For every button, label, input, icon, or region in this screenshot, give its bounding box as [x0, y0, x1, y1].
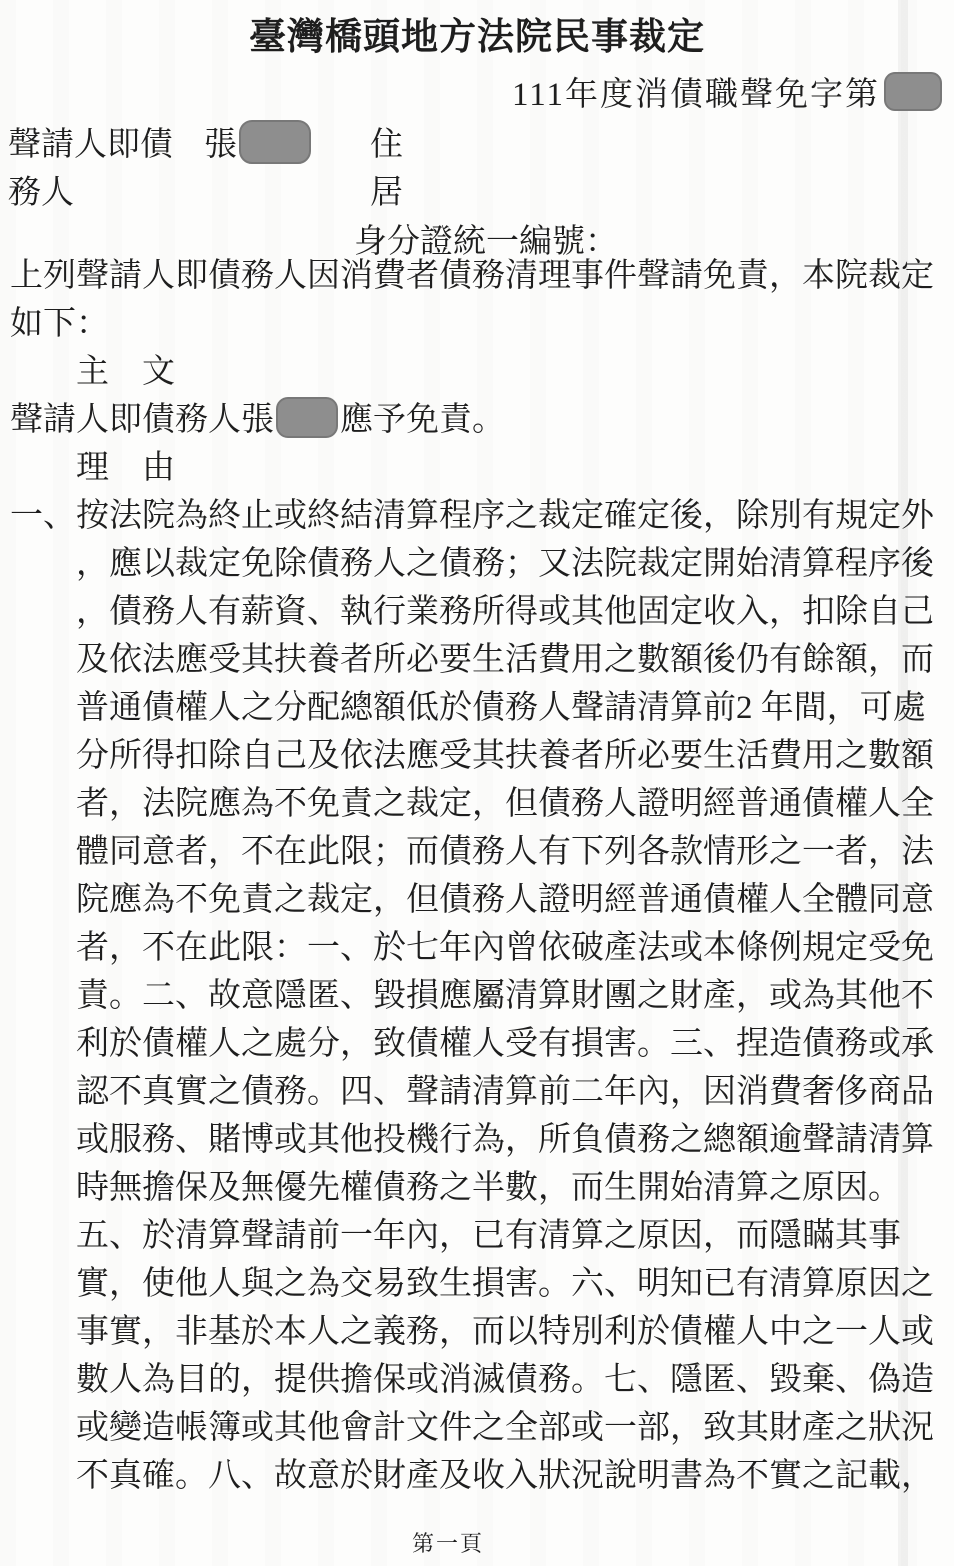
reasons-heading: 理 由 [10, 444, 954, 492]
party-role-label-line2: 務人 [8, 166, 74, 213]
residence-label-1: 住 [370, 118, 403, 165]
court-ruling-page: 臺灣橋頭地方法院民事裁定 111年度消債職聲免字第 聲請人即債 務人 張 住 居… [0, 0, 954, 1566]
reason-line: 體同意者，不在此限；而債務人有下列各款情形之一者，法 [10, 828, 954, 876]
redaction-box-main-text-name [276, 397, 338, 438]
case-number-line: 111年度消債職聲免字第 [512, 68, 942, 115]
reason-line: 事實，非基於本人之義務，而以特別利於債權人中之一人或 [10, 1308, 954, 1356]
ruling-body: 上列聲請人即債務人因消費者債務清理事件聲請免責，本院裁定 如下： 主 文 聲請人… [10, 252, 954, 1500]
reason-line: 利於債權人之處分，致債權人受有損害。三、捏造債務或承 [10, 1020, 954, 1068]
page-number: 第一頁 [0, 1527, 896, 1558]
reason-line: 分所得扣除自己及依法應受其扶養者所必要生活費用之數額 [10, 732, 954, 780]
document-title: 臺灣橋頭地方法院民事裁定 [0, 6, 954, 60]
reason-line: 數人為目的，提供擔保或消滅債務。七、隱匿、毀棄、偽造 [10, 1356, 954, 1404]
reason-line: 實，使他人與之為交易致生損害。六、明知已有清算原因之 [10, 1260, 954, 1308]
reason-line: 院應為不免責之裁定，但債務人證明經普通債權人全體同意 [10, 876, 954, 924]
party-surname: 張 [204, 118, 237, 165]
reason-line: 認不真實之債務。四、聲請清算前二年內，因消費奢侈商品 [10, 1068, 954, 1116]
reason-line: ，債務人有薪資、執行業務所得或其他固定收入，扣除自己 [10, 588, 954, 636]
redaction-box-party-name [239, 120, 311, 164]
reason-line: 時無擔保及無優先權債務之半數，而生開始清算之原因。 [10, 1164, 954, 1212]
reason-line: 不真確。八、故意於財產及收入狀況說明書為不實之記載， [10, 1452, 954, 1500]
party-role-label-line1: 聲請人即債 [8, 118, 173, 165]
reason-line: 及依法應受其扶養者所必要生活費用之數額後仍有餘額，而 [10, 636, 954, 684]
reason-line: 責。二、故意隱匿、毀損應屬清算財團之財產，或為其他不 [10, 972, 954, 1020]
preamble-line-2: 如下： [10, 300, 954, 348]
reason-line: 一、按法院為終止或終結清算程序之裁定確定後，除別有規定外 [10, 492, 954, 540]
reason-line: 普通債權人之分配總額低於債務人聲請清算前2 年間，可處 [10, 684, 954, 732]
residence-label-2: 居 [370, 166, 403, 213]
reason-line: 者，不在此限：一、於七年內曾依破產法或本條例規定受免 [10, 924, 954, 972]
reason-line: ，應以裁定免除債務人之債務；又法院裁定開始清算程序後 [10, 540, 954, 588]
case-number-text: 111年度消債職聲免字第 [512, 68, 880, 115]
reason-line: 五、於清算聲請前一年內，已有清算之原因，而隱瞞其事 [10, 1212, 954, 1260]
reason-line: 者，法院應為不免責之裁定，但債務人證明經普通債權人全 [10, 780, 954, 828]
redaction-box-case-number [884, 72, 942, 111]
reason-line: 或變造帳簿或其他會計文件之全部或一部，致其財產之狀況 [10, 1404, 954, 1452]
main-text-prefix: 聲請人即債務人張 [10, 402, 274, 438]
reason-line: 或服務、賭博或其他投機行為，所負債務之總額逾聲請清算 [10, 1116, 954, 1164]
party-name: 張 [204, 118, 311, 165]
main-text-suffix: 應予免責。 [340, 402, 505, 438]
main-text-heading: 主 文 [10, 348, 954, 396]
preamble-line-1: 上列聲請人即債務人因消費者債務清理事件聲請免責，本院裁定 [10, 252, 954, 300]
main-text-line: 聲請人即債務人張應予免責。 [10, 396, 954, 444]
